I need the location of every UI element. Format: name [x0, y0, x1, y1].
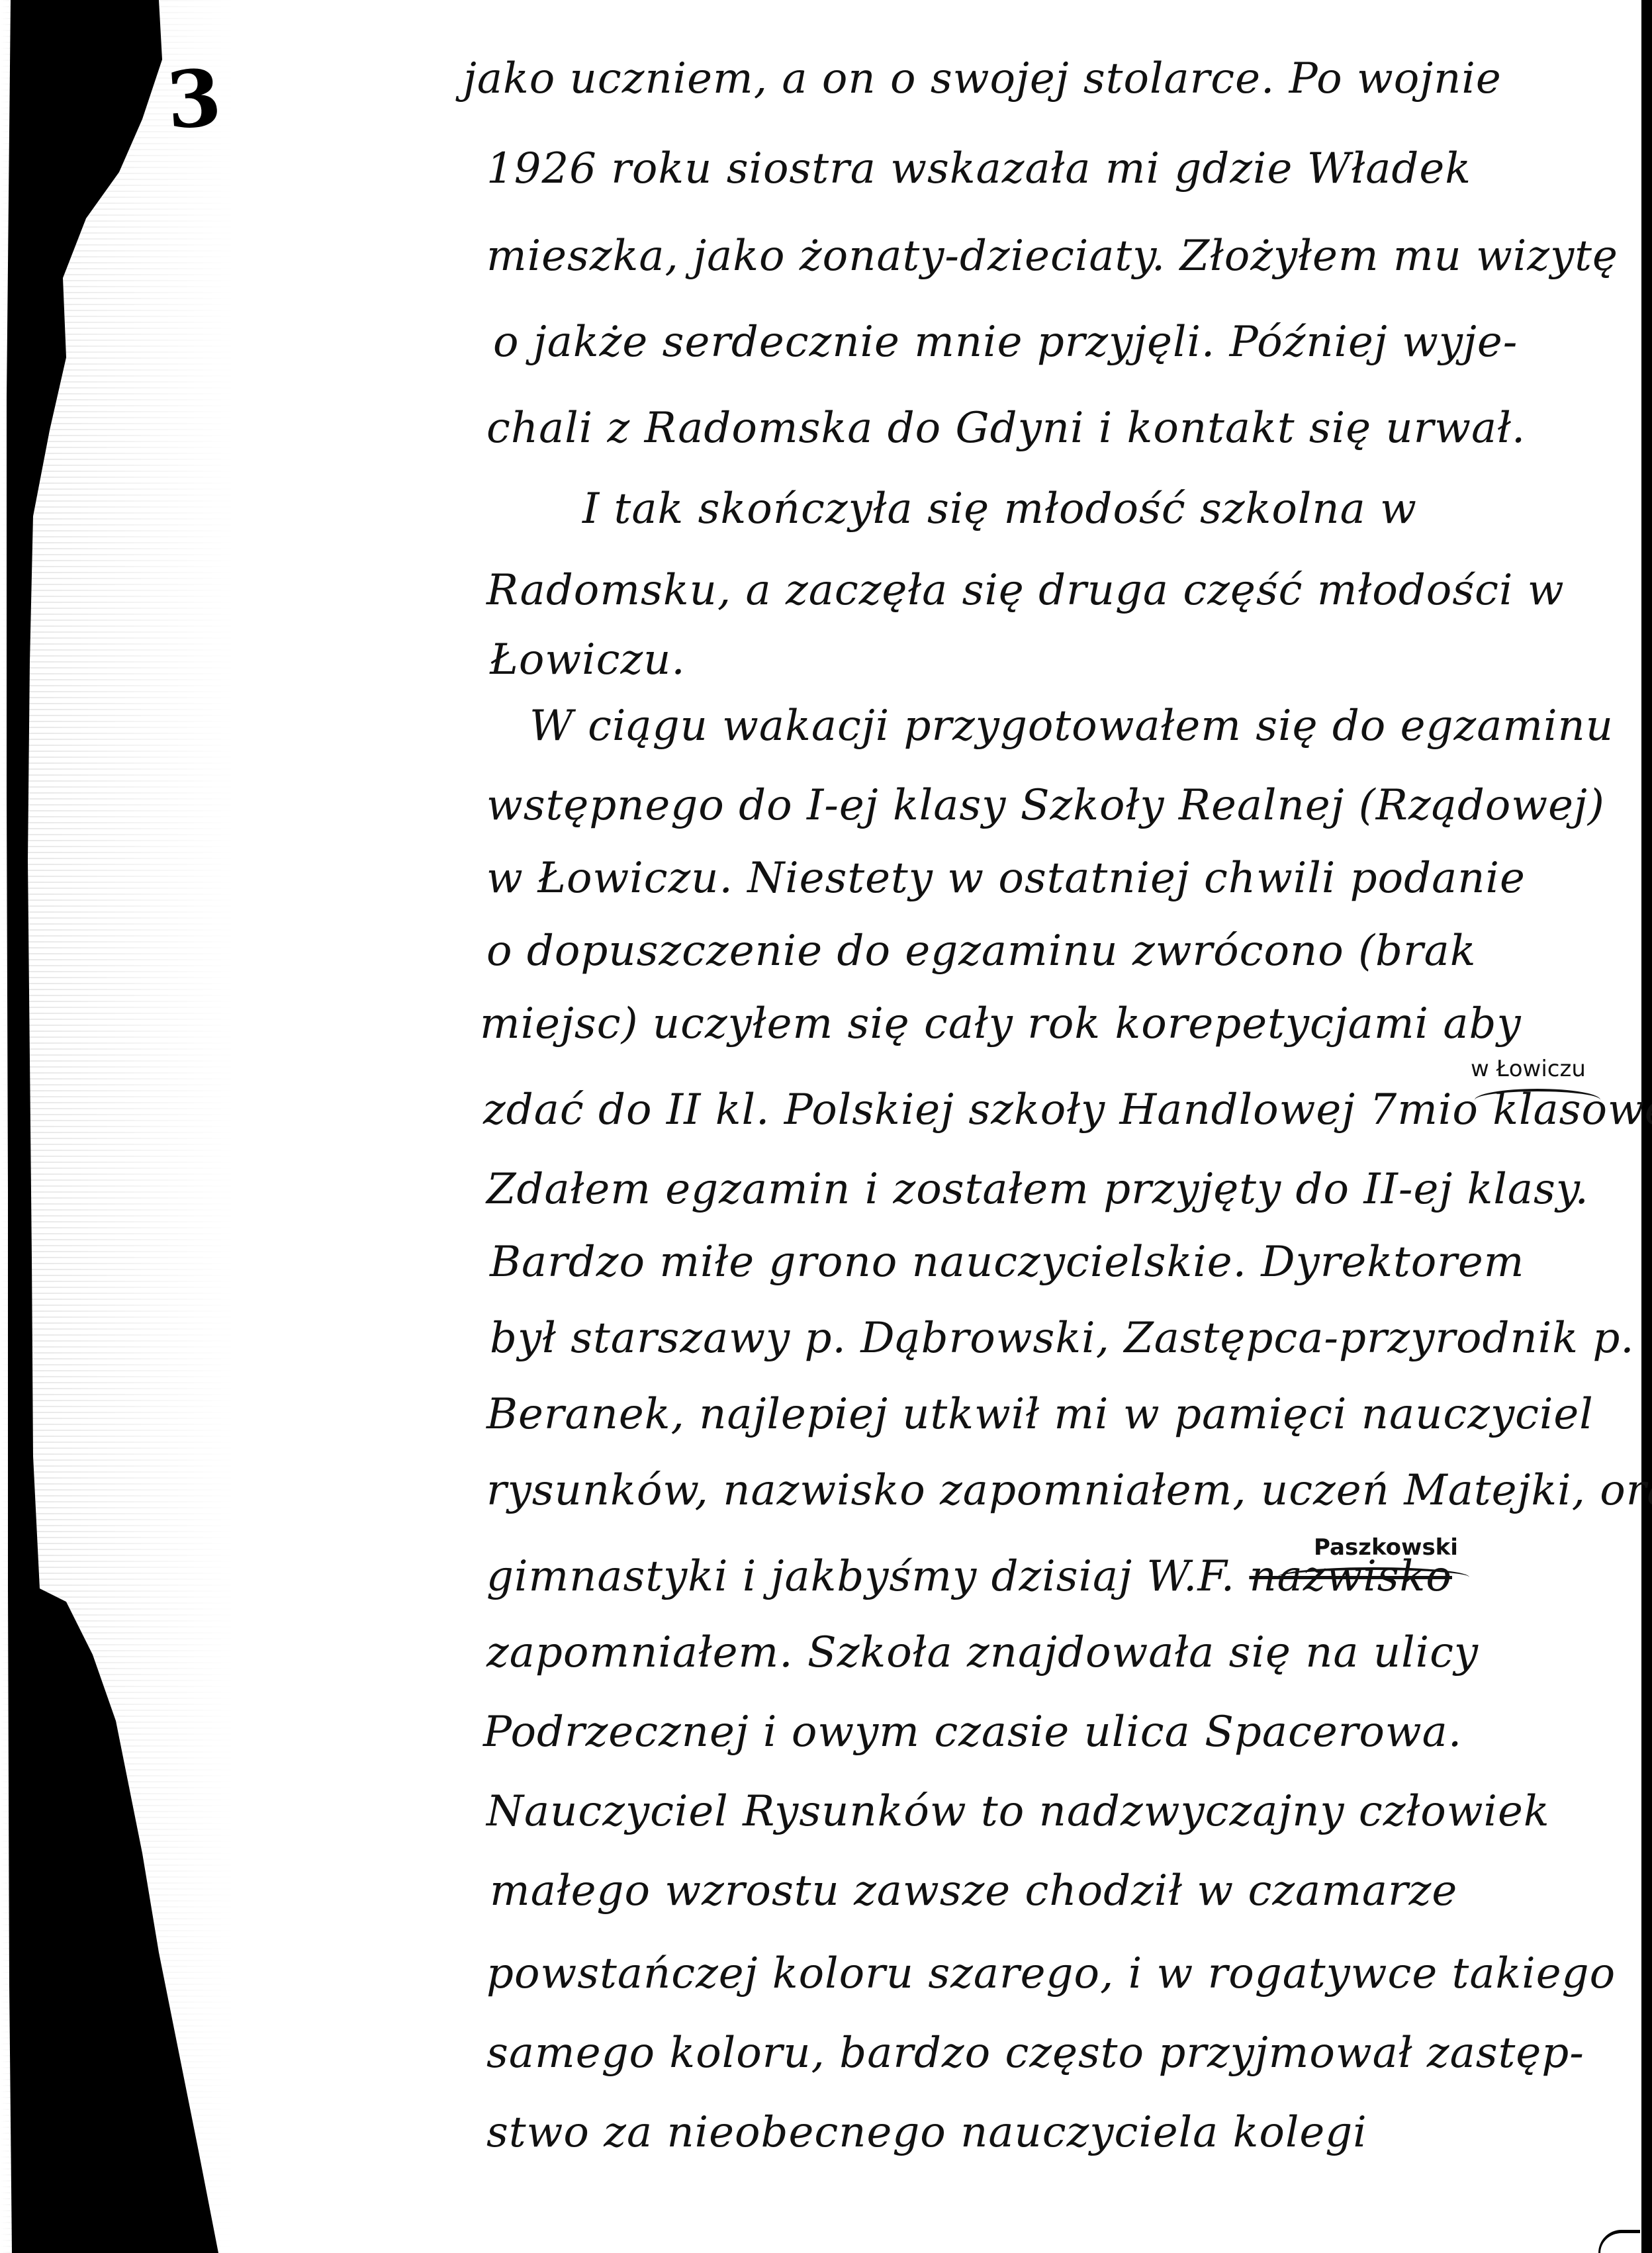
struck-word: nazwisko [1249, 1552, 1452, 1601]
text-line: mieszka, jako żonaty-dzieciaty. Złożyłem… [486, 232, 1618, 281]
text-line: zdać do II kl. Polskiej szkoły Handlowej… [483, 1085, 1652, 1134]
text-line: był starszawy p. Dąbrowski, Zastępca-prz… [490, 1314, 1635, 1363]
text-line: Beranek, najlepiej utkwił mi w pamięci n… [486, 1390, 1594, 1439]
text-line: chali z Radomska do Gdyni i kontakt się … [486, 404, 1526, 453]
text-line: I tak skończyła się młodość szkolna w [582, 484, 1417, 533]
text-line: małego wzrostu zawsze chodził w czamarze [490, 1866, 1457, 1915]
text-line: stwo za nieobecnego nauczyciela kolegi [486, 2108, 1367, 2157]
text-line: rysunków, nazwisko zapomniałem, uczeń Ma… [486, 1466, 1652, 1515]
text-line: Bardzo miłe grono nauczycielskie. Dyrekt… [490, 1238, 1524, 1287]
text-line: o jakże serdecznie mnie przyjęli. Późnie… [493, 318, 1518, 367]
text-line: o dopuszczenie do egzaminu zwrócono (bra… [486, 927, 1477, 976]
text-line: miejsc) uczyłem się cały rok korepetycja… [480, 999, 1522, 1048]
text-line: Radomsku, a zaczęła się druga część młod… [486, 566, 1565, 615]
text-line: w Łowiczu. Niestety w ostatniej chwili p… [486, 854, 1526, 903]
handwritten-text: jako uczniem, a on o swojej stolarce. Po… [0, 0, 1652, 2253]
text-line: Zdałem egzamin i zostałem przyjęty do II… [486, 1165, 1589, 1214]
manuscript-page: 3 jako uczniem, a on o swojej stolarce. … [0, 0, 1652, 2253]
text-line: 1926 roku siostra wskazała mi gdzie Wład… [486, 144, 1471, 193]
text-line: gimnastyki i jakbyśmy dzisiaj W.F. nazwi… [486, 1552, 1452, 1601]
text-line: wstępnego do I-ej klasy Szkoły Realnej (… [486, 781, 1605, 830]
text-line: Nauczyciel Rysunków to nadzwyczajny czło… [486, 1787, 1550, 1836]
text-line: Łowiczu. [490, 635, 686, 684]
text-line: zapomniałem. Szkoła znajdowała się na ul… [486, 1628, 1479, 1677]
text-line: powstańczej koloru szarego, i w rogatywc… [486, 1949, 1616, 1998]
text-line: jako uczniem, a on o swojej stolarce. Po… [463, 54, 1502, 103]
text-line: samego koloru, bardzo często przyjmował … [486, 2029, 1584, 2078]
text-line: Podrzecznej i owym czasie ulica Spacerow… [483, 1708, 1462, 1757]
margin-annotation-w-lowiczu: w Łowiczu [1471, 1056, 1586, 1082]
text-line: W ciągu wakacji przygotowałem się do egz… [529, 702, 1614, 751]
